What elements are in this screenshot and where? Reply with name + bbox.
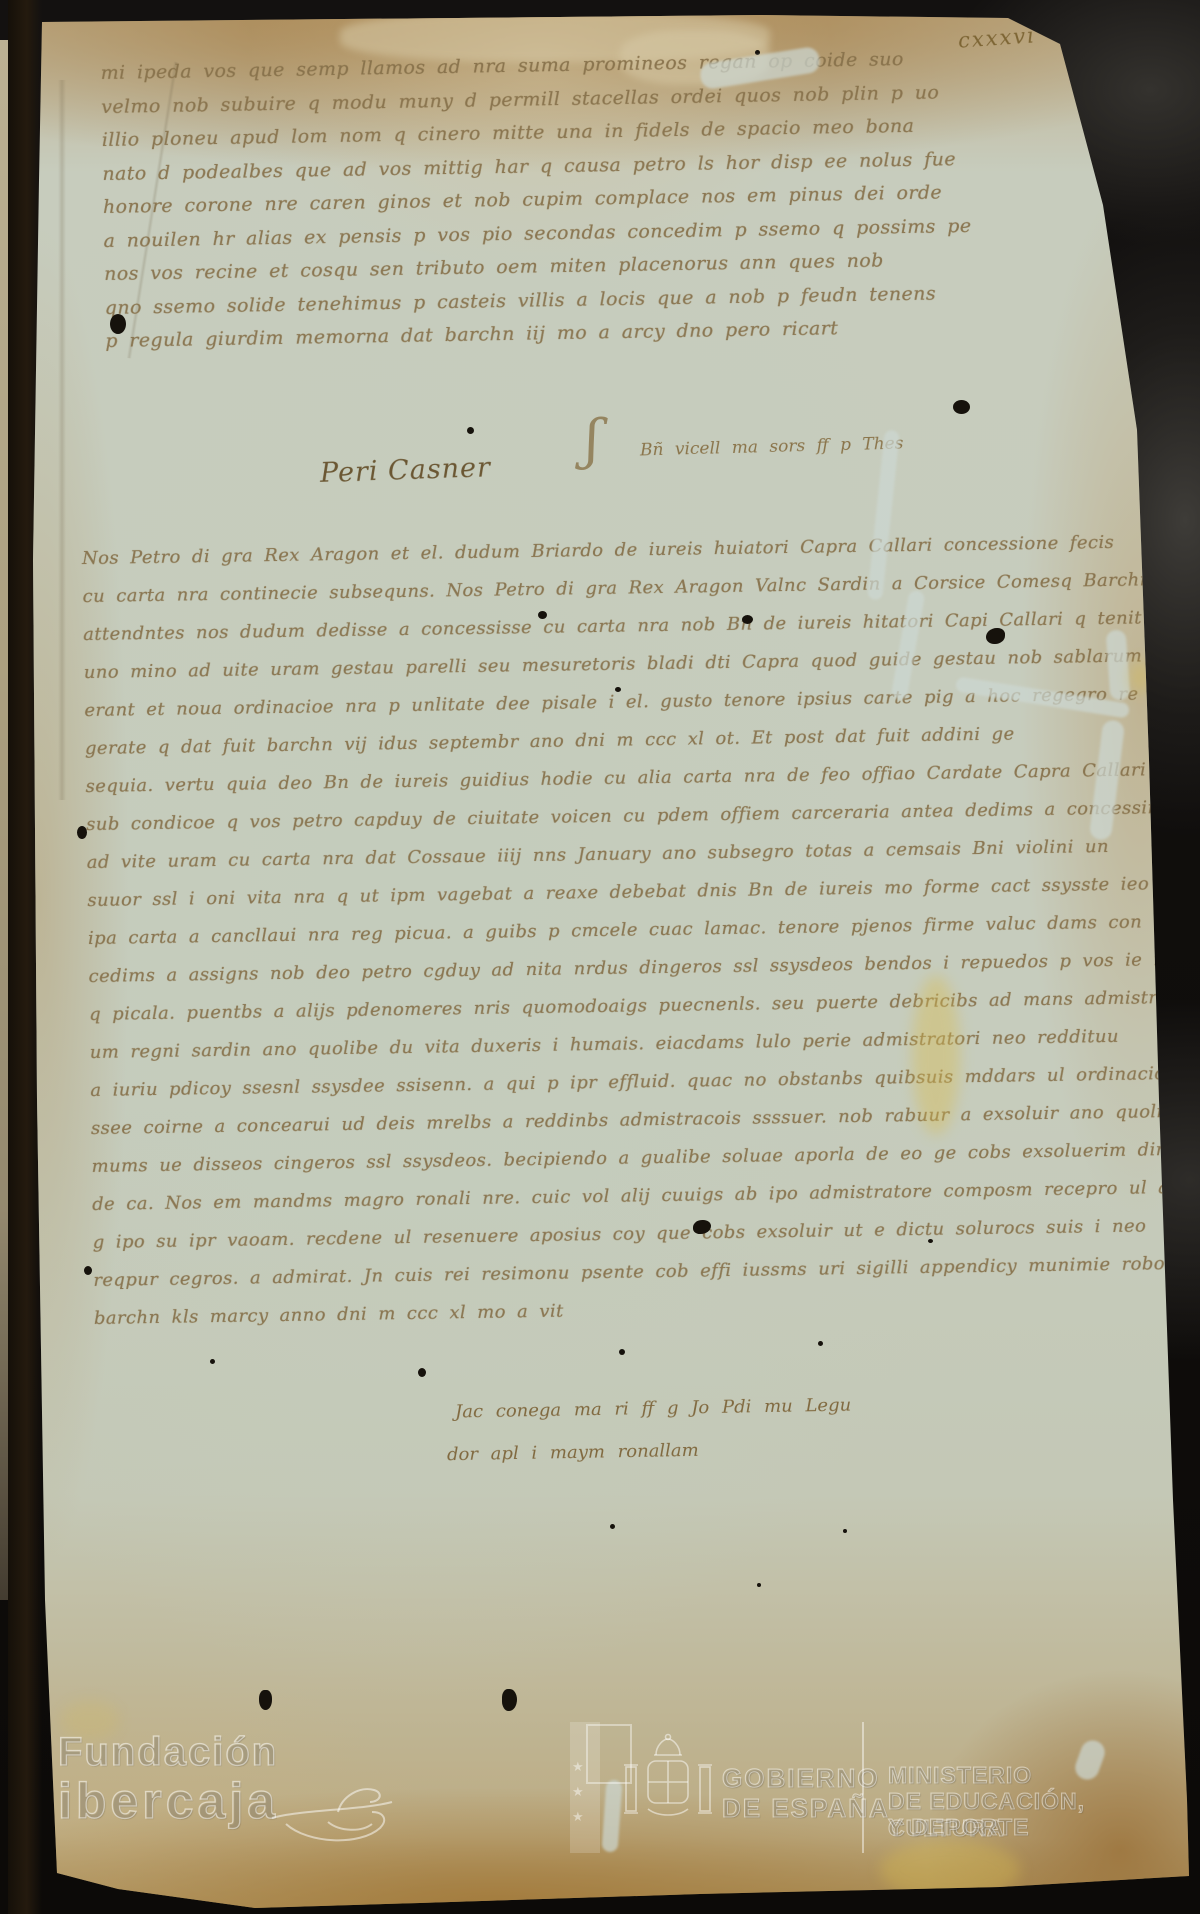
closing-line: Jac conega ma ri ff g Jo Pdi mu Legu — [455, 1395, 852, 1423]
pen-flourish: ʃ — [585, 408, 600, 471]
stain — [912, 975, 960, 1135]
ink-blot — [757, 1583, 761, 1587]
ink-blot — [615, 687, 621, 692]
ministry-watermark-line1: MINISTERIO — [888, 1762, 1032, 1789]
manuscript-photo: cxxxvi mi ipeda vos que semp llamos ad n… — [0, 0, 1200, 1914]
entry-heading: Peri Casner — [320, 452, 492, 489]
ibercaja-watermark-line1: Fundación — [58, 1730, 278, 1775]
gobierno-watermark-line2: DE ESPAÑA — [722, 1793, 890, 1824]
ink-blot — [742, 615, 753, 624]
chancery-signature: Bñ vicell ma sors ff p Thes — [640, 434, 904, 461]
ibercaja-watermark-line2: ibercaja — [58, 1772, 279, 1830]
page-crease — [58, 80, 66, 800]
ink-blot — [110, 314, 126, 334]
spain-coat-of-arms-icon — [618, 1733, 718, 1843]
ink-blot — [619, 1349, 625, 1355]
ink-blot — [467, 427, 474, 434]
ibercaja-bird-icon — [268, 1772, 398, 1852]
repair-mark — [1072, 1737, 1108, 1783]
ministry-watermark-line3: Y DEPORTE — [888, 1814, 1030, 1841]
gobierno-watermark-line1: GOBIERNO — [722, 1763, 880, 1794]
watermark-divider — [862, 1722, 864, 1853]
paragraph-1: mi ipeda vos que semp llamos ad nra suma… — [100, 42, 973, 359]
ink-blot — [77, 826, 87, 839]
ink-blot — [818, 1341, 823, 1346]
manuscript-page: cxxxvi mi ipeda vos que semp llamos ad n… — [0, 0, 1200, 1914]
ink-blot — [928, 1239, 933, 1243]
ink-blot — [953, 400, 970, 414]
star-icon: ★ — [572, 1785, 584, 1800]
star-icon: ★ — [572, 1760, 584, 1775]
ink-blot — [259, 1690, 272, 1710]
ink-blot — [538, 611, 547, 619]
star-icon: ★ — [572, 1810, 584, 1825]
ink-blot — [210, 1359, 215, 1364]
ink-blot — [610, 1524, 615, 1529]
ink-blot — [502, 1689, 517, 1711]
ink-blot — [418, 1368, 426, 1377]
ink-blot — [843, 1529, 847, 1533]
closing-line: dor apl i maym ronallam — [447, 1440, 699, 1465]
ink-blot — [84, 1266, 92, 1275]
paragraph-2: Nos Petro di gra Rex Aragon et el. dudum… — [82, 522, 1200, 1338]
folio-number: cxxxvi — [957, 23, 1036, 52]
